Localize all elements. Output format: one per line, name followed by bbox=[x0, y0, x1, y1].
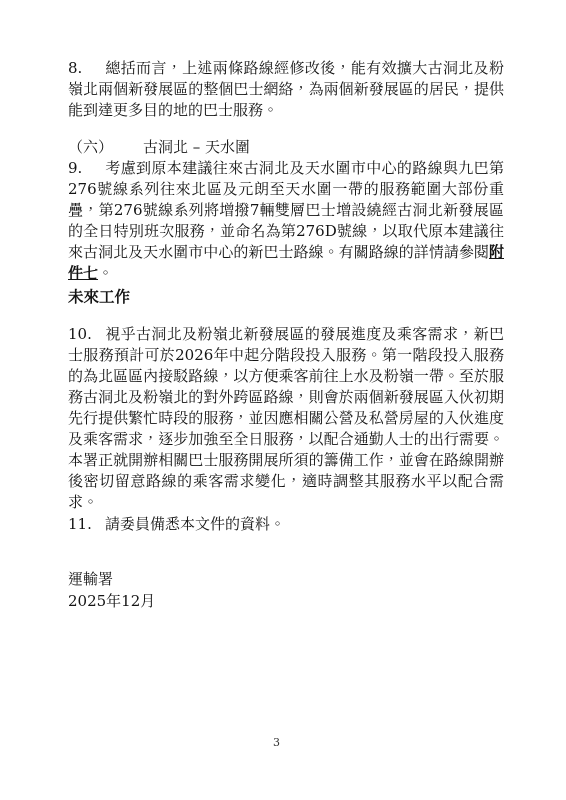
section-6-label: （六） bbox=[68, 138, 113, 156]
page-number: 3 bbox=[0, 736, 553, 749]
paragraph-8: 8.總括而言，上述兩條路線經修改後，能有效擴大古洞北及粉嶺北兩個新發展區的整個巴… bbox=[68, 58, 504, 121]
paragraph-8-number: 8. bbox=[68, 58, 105, 79]
paragraph-9-period: 。 bbox=[98, 264, 113, 282]
paragraph-11-number: 11. bbox=[68, 514, 105, 535]
document-page: 8.總括而言，上述兩條路線經修改後，能有效擴大古洞北及粉嶺北兩個新發展區的整個巴… bbox=[0, 0, 566, 800]
paragraph-11-text: 請委員備悉本文件的資料。 bbox=[105, 515, 285, 533]
paragraph-11: 11.請委員備悉本文件的資料。 bbox=[68, 514, 504, 535]
section-6-title: 古洞北 – 天水圍 bbox=[143, 138, 250, 156]
paragraph-9-number: 9. bbox=[68, 158, 105, 179]
section-6-heading: （六）古洞北 – 天水圍 bbox=[68, 137, 250, 158]
paragraph-10: 10.視乎古洞北及粉嶺北新發展區的發展進度及乘客需求，新巴士服務預計可於2026… bbox=[68, 324, 504, 513]
paragraph-8-text: 總括而言，上述兩條路線經修改後，能有效擴大古洞北及粉嶺北兩個新發展區的整個巴士網… bbox=[68, 59, 504, 119]
future-work-heading: 未來工作 bbox=[68, 286, 130, 307]
paragraph-10-text: 視乎古洞北及粉嶺北新發展區的發展進度及乘客需求，新巴士服務預計可於2026年中起… bbox=[68, 325, 504, 511]
signature-date: 2025年12月 bbox=[68, 591, 155, 612]
signature-department: 運輸署 bbox=[68, 569, 113, 590]
paragraph-9-text: 考慮到原本建議往來古洞北及天水圍市中心的路線與九巴第276號線系列往來北區及元朗… bbox=[68, 159, 504, 261]
paragraph-9: 9.考慮到原本建議往來古洞北及天水圍市中心的路線與九巴第276號線系列往來北區及… bbox=[68, 158, 504, 284]
paragraph-10-number: 10. bbox=[68, 324, 105, 345]
